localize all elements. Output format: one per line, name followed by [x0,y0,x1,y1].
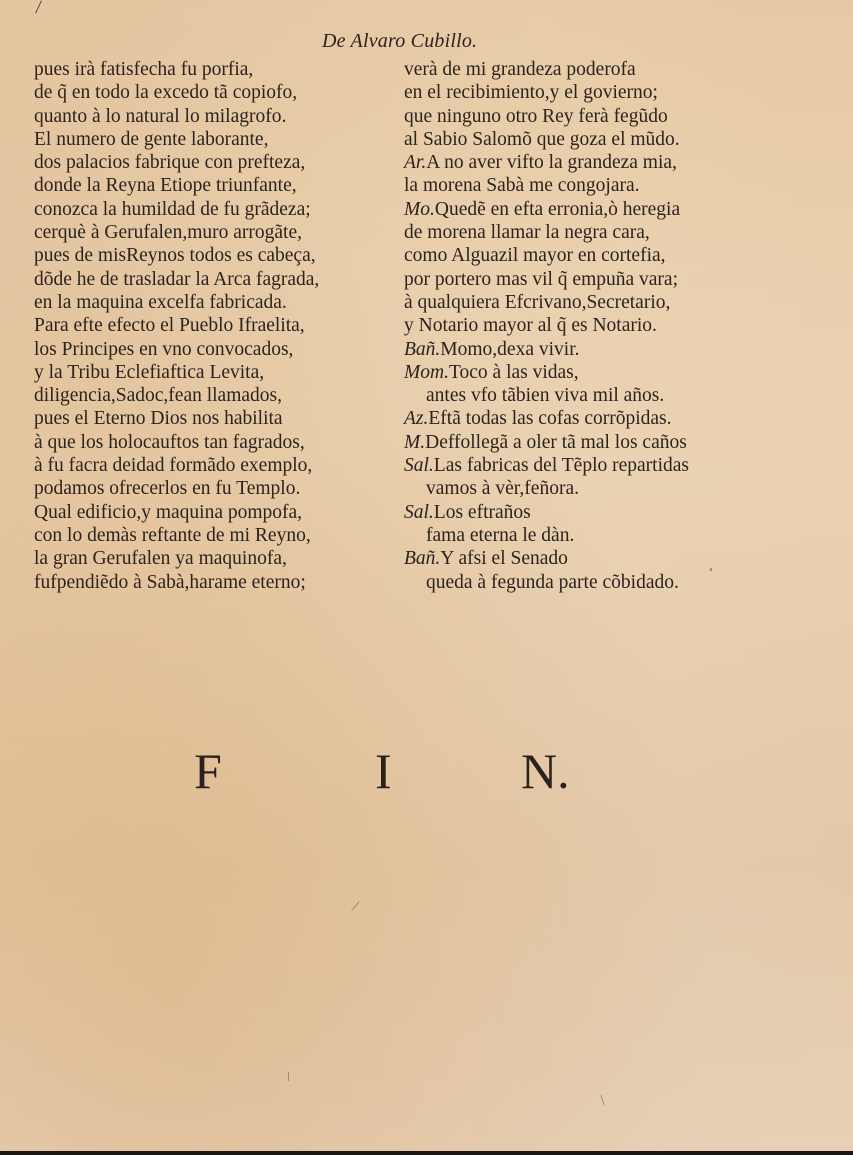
speaker-label: M. [404,432,425,453]
fin-letter: N. [521,742,570,800]
paper-speck [710,568,712,571]
fin-letter: I [375,742,392,800]
verse-line: Ar.A no aver vifto la grandeza mia, [404,151,689,174]
verse-line: como Alguazil mayor en cortefia, [404,244,689,267]
speaker-label: Mo. [404,199,435,220]
verse-line: diligencia,Sadoc,fean llamados, [34,384,319,407]
verse-line: al Sabio Salomõ que goza el mũdo. [404,128,689,151]
speaker-label: Mom. [404,362,449,383]
verse-line: pues de misReynos todos es cabeça, [34,244,319,267]
corner-mark [35,0,42,13]
verse-line: Sal.Los eftraños [404,501,689,524]
speaker-label: Sal. [404,502,434,523]
verse-line: quanto à lo natural lo milagrofo. [34,105,319,128]
verse-line: la morena Sabà me congojara. [404,174,689,197]
verse-line: à que los holocauftos tan fagrados, [34,431,319,454]
speaker-label: Bañ. [404,339,440,360]
verse-line: con lo demàs reftante de mi Reyno, [34,524,319,547]
paper-speck [351,901,359,911]
verse-line: podamos ofrecerlos en fu Templo. [34,477,319,500]
verse-line: en el recibimiento,y el govierno; [404,81,689,104]
verse-line: de morena llamar la negra cara, [404,221,689,244]
verse-line: los Principes en vno convocados, [34,338,319,361]
verse-line: por portero mas vil q̃ empuña vara; [404,268,689,291]
verse-line: Az.Eftã todas las cofas corrõpidas. [404,407,689,430]
verse-line: conozca la humildad de fu grãdeza; [34,198,319,221]
verse-line: verà de mi grandeza poderofa [404,58,689,81]
verse-line: antes vfo tãbien viva mil años. [404,384,689,407]
verse-line: y Notario mayor al q̃ es Notario. [404,314,689,337]
book-page: De Alvaro Cubillo. pues irà fatisfecha f… [0,0,853,1155]
running-title: De Alvaro Cubillo. [322,30,477,53]
verse-line: queda à fegunda parte cõbidado. [404,571,689,594]
speaker-label: Bañ. [404,548,440,569]
fin-letter: F [194,742,222,800]
verse-line: pues irà fatisfecha fu porfia, [34,58,319,81]
colophon-fin: F I N. [0,742,853,792]
verse-line: M.Deffollegã a oler tã mal los caños [404,431,689,454]
verse-line: que ninguno otro Rey ferà fegũdo [404,105,689,128]
verse-line: Mo.Quedẽ en efta erronia,ò heregia [404,198,689,221]
verse-line: Sal.Las fabricas del Tẽplo repartidas [404,454,689,477]
verse-line: Qual edificio,y maquina pompofa, [34,501,319,524]
paper-speck [600,1095,604,1105]
verse-line: en la maquina excelfa fabricada. [34,291,319,314]
verse-line: Mom.Toco à las vidas, [404,361,689,384]
verse-line: à fu facra deidad formãdo exemplo, [34,454,319,477]
verse-line: fufpendiẽdo à Sabà,harame eterno; [34,571,319,594]
verse-line: Bañ.Momo,dexa vivir. [404,338,689,361]
verse-line: la gran Gerufalen ya maquinofa, [34,547,319,570]
verse-line: donde la Reyna Etiope triunfante, [34,174,319,197]
speaker-label: Ar. [404,152,426,173]
page-bottom-edge [0,1151,853,1155]
paper-speck [288,1072,289,1081]
left-column: pues irà fatisfecha fu porfia, de q̃ en … [34,58,319,594]
verse-line: fama eterna le dàn. [404,524,689,547]
speaker-label: Sal. [404,455,434,476]
verse-line: y la Tribu Eclefiaftica Levita, [34,361,319,384]
verse-line: Bañ.Y afsi el Senado [404,547,689,570]
verse-line: Para efte efecto el Pueblo Ifraelita, [34,314,319,337]
verse-line: dos palacios fabrique con prefteza, [34,151,319,174]
verse-line: El numero de gente laborante, [34,128,319,151]
speaker-label: Az. [404,408,428,429]
verse-line: pues el Eterno Dios nos habilita [34,407,319,430]
verse-line: dõde he de trasladar la Arca fagrada, [34,268,319,291]
verse-line: de q̃ en todo la excedo tã copiofo, [34,81,319,104]
verse-line: à qualquiera Efcrivano,Secretario, [404,291,689,314]
verse-line: cerquè à Gerufalen,muro arrogãte, [34,221,319,244]
right-column: verà de mi grandeza poderofa en el recib… [404,58,689,594]
verse-line: vamos à vèr,feñora. [404,477,689,500]
